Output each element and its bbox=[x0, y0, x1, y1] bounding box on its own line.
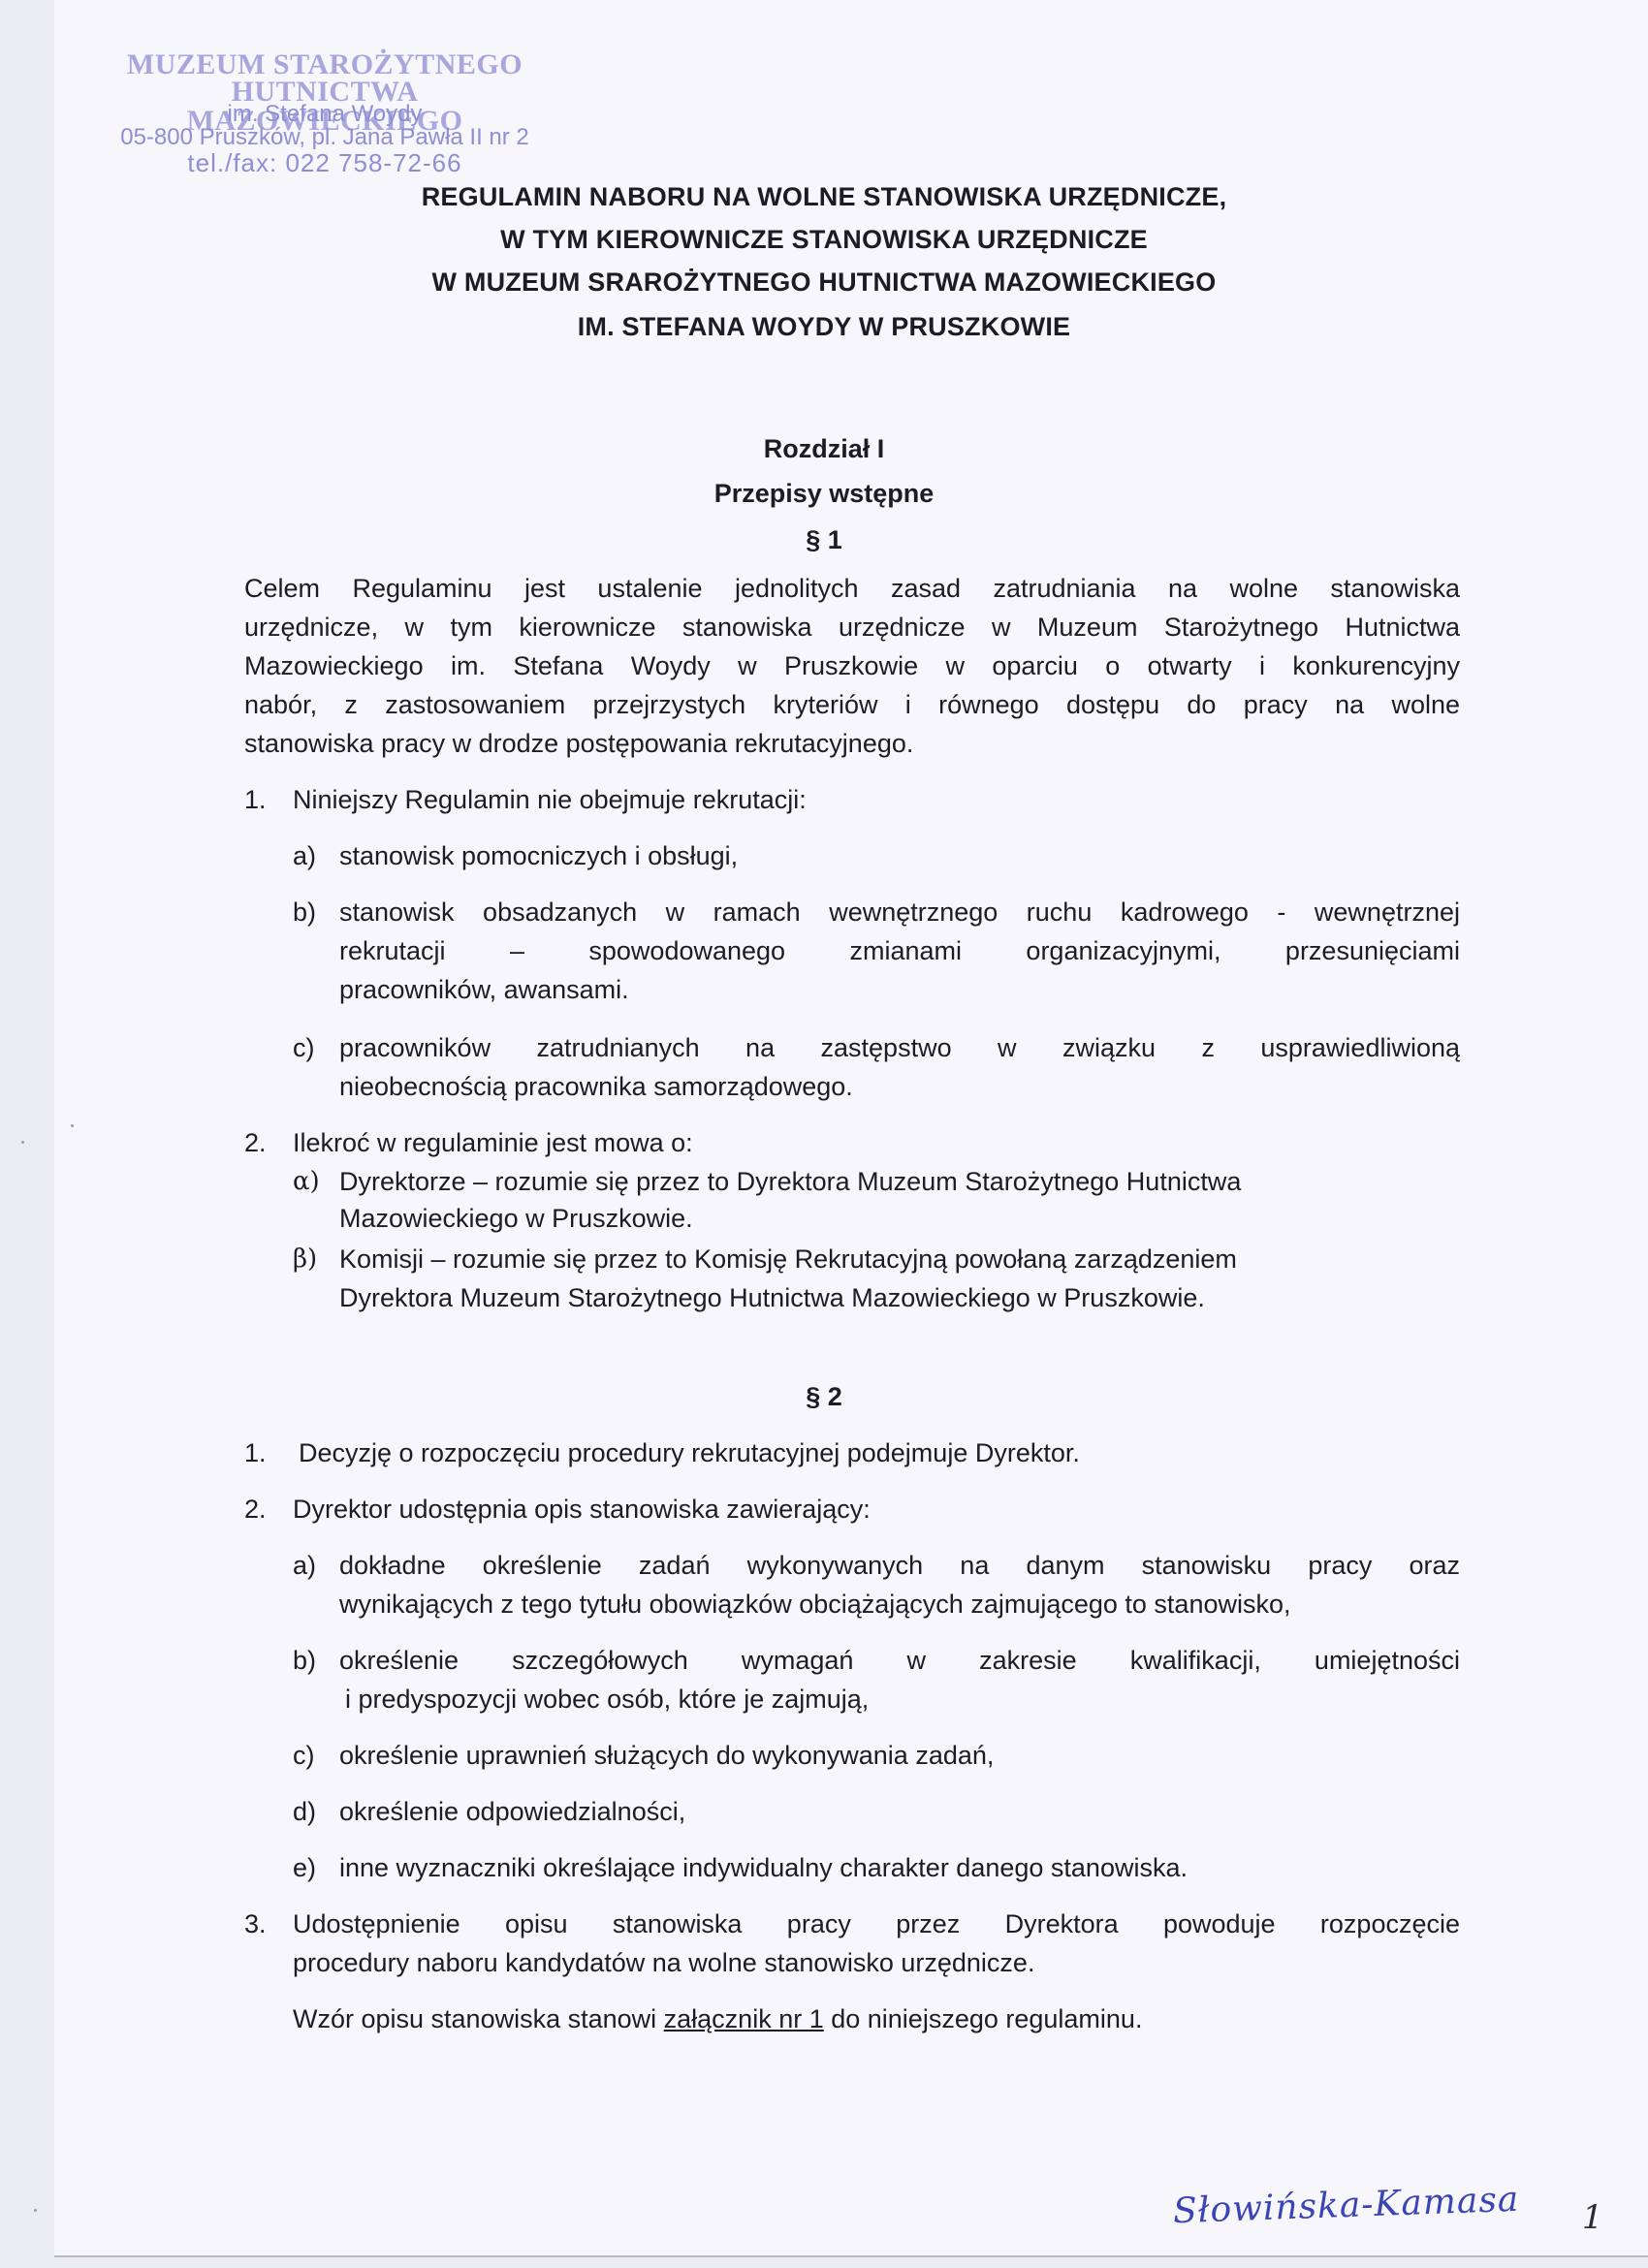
sublist-marker: d) bbox=[293, 1797, 316, 1827]
sublist-text: inne wyznaczniki określające indywidualn… bbox=[339, 1853, 1188, 1883]
document-title-line-2: W TYM KIEROWNICZE STANOWISKA URZĘDNICZE bbox=[291, 225, 1357, 255]
scan-speck bbox=[71, 1124, 74, 1127]
scan-speck bbox=[34, 2209, 37, 2212]
list-number: 2. bbox=[244, 1128, 267, 1158]
list-number: 1. bbox=[244, 785, 267, 815]
stamp-line-3: im. Stefana Woydy bbox=[97, 103, 553, 126]
sublist-text: nieobecnością pracownika samorządowego. bbox=[339, 1072, 853, 1102]
sublist-marker: α) bbox=[293, 1167, 320, 1196]
list-item-text: Decyzję o rozpoczęciu procedury rekrutac… bbox=[299, 1438, 1080, 1468]
intro-line: nabór, z zastosowaniem przejrzystych kry… bbox=[244, 690, 1460, 720]
sublist-marker: e) bbox=[293, 1853, 316, 1883]
chapter-label: Rozdział I bbox=[291, 434, 1357, 464]
sublist-text: określenie uprawnień służących do wykony… bbox=[339, 1741, 994, 1771]
section-1-heading: § 1 bbox=[291, 525, 1357, 555]
stamp-line-5: tel./fax: 022 758-72-66 bbox=[97, 150, 553, 175]
sublist-text: pracowników, awansami. bbox=[339, 975, 629, 1005]
sublist-marker: β) bbox=[293, 1244, 317, 1274]
note-text: do niniejszego regulaminu. bbox=[824, 2004, 1143, 2033]
sublist-text: i predyspozycji wobec osób, które je zaj… bbox=[345, 1685, 869, 1715]
sublist-text: rekrutacji – spowodowanego zmianami orga… bbox=[339, 936, 1460, 966]
sublist-marker: b) bbox=[293, 898, 316, 928]
sublist-text: stanowisk pomocniczych i obsługi, bbox=[339, 841, 738, 871]
sublist-text: pracowników zatrudnianych na zastępstwo … bbox=[339, 1033, 1460, 1063]
chapter-subtitle: Przepisy wstępne bbox=[291, 479, 1357, 509]
list-item-text: Niniejszy Regulamin nie obejmuje rekruta… bbox=[293, 785, 807, 815]
sublist-marker: c) bbox=[293, 1033, 315, 1063]
intro-line: Celem Regulaminu jest ustalenie jednolit… bbox=[244, 574, 1460, 604]
page-number: 1 bbox=[1582, 2198, 1603, 2237]
intro-line: Mazowieckiego im. Stefana Woydy w Pruszk… bbox=[244, 651, 1460, 681]
list-number: 2. bbox=[244, 1495, 267, 1525]
intro-line: stanowiska pracy w drodze postępowania r… bbox=[244, 729, 913, 759]
sublist-marker: b) bbox=[293, 1646, 316, 1676]
list-item-text: Ilekroć w regulaminie jest mowa o: bbox=[293, 1128, 693, 1158]
scan-speck bbox=[21, 1141, 24, 1144]
document-title-line-3: W MUZEUM SRAROŻYTNEGO HUTNICTWA MAZOWIEC… bbox=[291, 268, 1357, 298]
list-number: 1. bbox=[244, 1438, 267, 1468]
sublist-text: określenie szczegółowych wymagań w zakre… bbox=[339, 1646, 1460, 1676]
document-title-line-4: IM. STEFANA WOYDY W PRUSZKOWIE bbox=[291, 312, 1357, 342]
stamp-line-4: 05-800 Pruszków, pl. Jana Pawła II nr 2 bbox=[97, 126, 553, 149]
sublist-text: Komisji – rozumie się przez to Komisję R… bbox=[339, 1244, 1237, 1275]
attachment-link[interactable]: załącznik nr 1 bbox=[664, 2004, 824, 2033]
sublist-text: stanowisk obsadzanych w ramach wewnętrzn… bbox=[339, 898, 1460, 928]
sublist-marker: a) bbox=[293, 841, 316, 871]
attachment-note: Wzór opisu stanowiska stanowi załącznik … bbox=[293, 2004, 1142, 2034]
sublist-text: Dyrektorze – rozumie się przez to Dyrekt… bbox=[339, 1167, 1241, 1197]
note-text: Wzór opisu stanowiska stanowi bbox=[293, 2004, 664, 2033]
sublist-text: określenie odpowiedzialności, bbox=[339, 1797, 685, 1827]
document-title-line-1: REGULAMIN NABORU NA WOLNE STANOWISKA URZ… bbox=[291, 182, 1357, 212]
sublist-marker: c) bbox=[293, 1741, 315, 1771]
sublist-text: dokładne określenie zadań wykonywanych n… bbox=[339, 1551, 1460, 1581]
list-item-text: Udostępnienie opisu stanowiska pracy prz… bbox=[293, 1909, 1460, 1939]
sublist-text: wynikających z tego tytułu obowiązków ob… bbox=[339, 1590, 1291, 1620]
sublist-text: Mazowieckiego w Pruszkowie. bbox=[339, 1204, 693, 1234]
list-item-text: Dyrektor udostępnia opis stanowiska zawi… bbox=[293, 1495, 871, 1525]
list-number: 3. bbox=[244, 1909, 267, 1939]
intro-line: urzędnicze, w tym kierownicze stanowiska… bbox=[244, 613, 1460, 643]
section-2-heading: § 2 bbox=[291, 1382, 1357, 1412]
list-item-text: procedury naboru kandydatów na wolne sta… bbox=[293, 1948, 1034, 1978]
sublist-marker: a) bbox=[293, 1551, 316, 1581]
sublist-text: Dyrektora Muzeum Starożytnego Hutnictwa … bbox=[339, 1283, 1205, 1313]
